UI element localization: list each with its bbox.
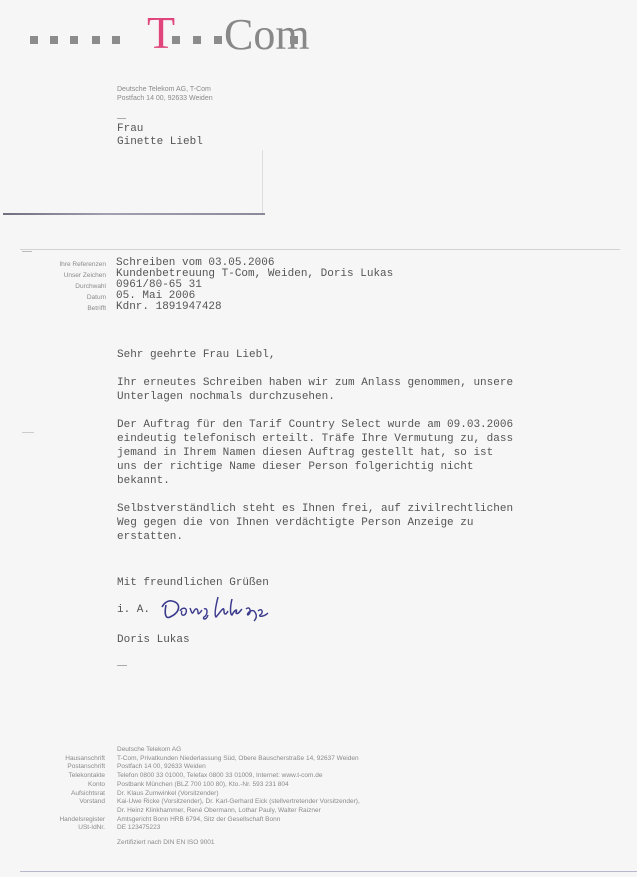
end-mark: [117, 665, 127, 666]
footer-label: Handelsregister: [30, 816, 117, 825]
footer-row: Deutsche Telekom AG: [30, 746, 360, 755]
bottom-rule: [20, 871, 637, 872]
recipient-address: Frau Ginette Liebl: [117, 123, 203, 149]
footer-label: Aufsichtsrat: [30, 790, 117, 799]
sender-address: Deutsche Telekom AG, T-Com Postfach 14 0…: [117, 85, 213, 103]
sender-line: Deutsche Telekom AG, T-Com: [117, 85, 213, 94]
footer-value: T-Com, Privatkunden Niederlassung Süd, O…: [117, 755, 359, 764]
footer-row: Handelsregister Amtsgericht Bonn HRB 679…: [30, 816, 360, 825]
footer-label: [30, 746, 117, 755]
logo-dot: [70, 36, 78, 44]
footer-row: Vorstand Kai-Uwe Ricke (Vorsitzender), D…: [30, 798, 360, 807]
reference-label: Ihre Referenzen: [30, 260, 116, 269]
footer-row: Postanschrift Postfach 14 00, 92633 Weid…: [30, 763, 360, 772]
reference-label: Durchwahl: [30, 282, 116, 291]
footer-label: Vorstand: [30, 798, 117, 807]
footer-value: DE 123475223: [117, 824, 160, 833]
footer-label: Telekontakte: [30, 772, 117, 781]
footer-row: Hausanschrift T-Com, Privatkunden Nieder…: [30, 755, 360, 764]
footer-row: Konto Postbank München (BLZ 700 100 80),…: [30, 781, 360, 790]
fold-mark: [22, 432, 34, 433]
logo-dot: [30, 36, 38, 44]
letter-salutation: Sehr geehrte Frau Liebl,: [117, 348, 587, 362]
footer-company: Deutsche Telekom AG: [117, 746, 181, 755]
recipient-salutation: Frau: [117, 123, 203, 136]
envelope-window-edge: [262, 150, 263, 214]
footer-value: Amtsgericht Bonn HRB 6794, Sitz der Gese…: [117, 816, 280, 825]
footer-value: Dr. Heinz Klinkhammer, René Obermann, Lo…: [117, 807, 321, 816]
separator-line: [20, 249, 620, 250]
letter-closing: Mit freundlichen Grüßen: [117, 576, 269, 590]
footer-label: Postanschrift: [30, 763, 117, 772]
footer-certification: Zertifiziert nach DIN EN ISO 9001: [117, 839, 215, 848]
footer-label: [30, 807, 117, 816]
letter-paragraph: Der Auftrag für den Tarif Country Select…: [117, 418, 587, 488]
logo-com: Com: [224, 12, 310, 58]
reference-row: Unser Zeichen Kundenbetreuung T-Com, Wei…: [30, 269, 393, 280]
logo-dot: [50, 36, 58, 44]
envelope-window-line: [3, 213, 265, 215]
logo-t: T: [147, 10, 175, 56]
footer-row: Telekontakte Telefon 0800 33 01000, Tele…: [30, 772, 360, 781]
letter-paragraph: Ihr erneutes Schreiben haben wir zum Anl…: [117, 376, 587, 404]
letter-paragraph: Selbstverständlich steht es Ihnen frei, …: [117, 502, 587, 544]
logo-dot: [290, 36, 298, 44]
signature-image: [160, 593, 275, 625]
on-behalf-prefix: i. A.: [117, 604, 150, 616]
footer-label: USt-IdNr.: [30, 824, 117, 833]
footer-value: Dr. Klaus Zumwinkel (Vorsitzender): [117, 790, 219, 799]
logo-dot: [193, 36, 201, 44]
footer-row: Zertifiziert nach DIN EN ISO 9001: [30, 839, 360, 848]
recipient-name: Ginette Liebl: [117, 136, 203, 149]
tcom-logo: T Com: [30, 8, 310, 58]
footer-value: Postfach 14 00, 92633 Weiden: [117, 763, 206, 772]
footer-row: USt-IdNr. DE 123475223: [30, 824, 360, 833]
company-footer: Deutsche Telekom AG Hausanschrift T-Com,…: [30, 746, 360, 848]
footer-label: Konto: [30, 781, 117, 790]
footer-value: Kai-Uwe Ricke (Vorsitzender), Dr. Karl-G…: [117, 798, 360, 807]
reference-row: Betrifft Kdnr. 1891947428: [30, 302, 393, 313]
footer-label: [30, 839, 117, 848]
reference-label: Datum: [30, 293, 116, 302]
logo-dot: [92, 36, 100, 44]
footer-value: Telefon 0800 33 01000, Telefax 0800 33 0…: [117, 772, 323, 781]
footer-value: Postbank München (BLZ 700 100 80), Kto.-…: [117, 781, 289, 790]
footer-row: Aufsichtsrat Dr. Klaus Zumwinkel (Vorsit…: [30, 790, 360, 799]
letter-body: Sehr geehrte Frau Liebl, Ihr erneutes Sc…: [117, 348, 587, 558]
footer-row: Dr. Heinz Klinkhammer, René Obermann, Lo…: [30, 807, 360, 816]
address-mark: [117, 118, 126, 119]
reference-label: Unser Zeichen: [30, 271, 116, 280]
reference-block: Ihre Referenzen Schreiben vom 03.05.2006…: [30, 258, 393, 313]
reference-label: Betrifft: [30, 304, 116, 313]
logo-dot: [112, 36, 120, 44]
logo-dot: [172, 36, 180, 44]
reference-value: Kdnr. 1891947428: [116, 302, 222, 313]
footer-label: Hausanschrift: [30, 755, 117, 764]
logo-dot: [214, 36, 222, 44]
fold-mark: [22, 251, 32, 252]
sender-line: Postfach 14 00, 92633 Weiden: [117, 94, 213, 103]
signer-name: Doris Lukas: [117, 634, 190, 646]
reference-row: Durchwahl 0961/80-65 31: [30, 280, 393, 291]
